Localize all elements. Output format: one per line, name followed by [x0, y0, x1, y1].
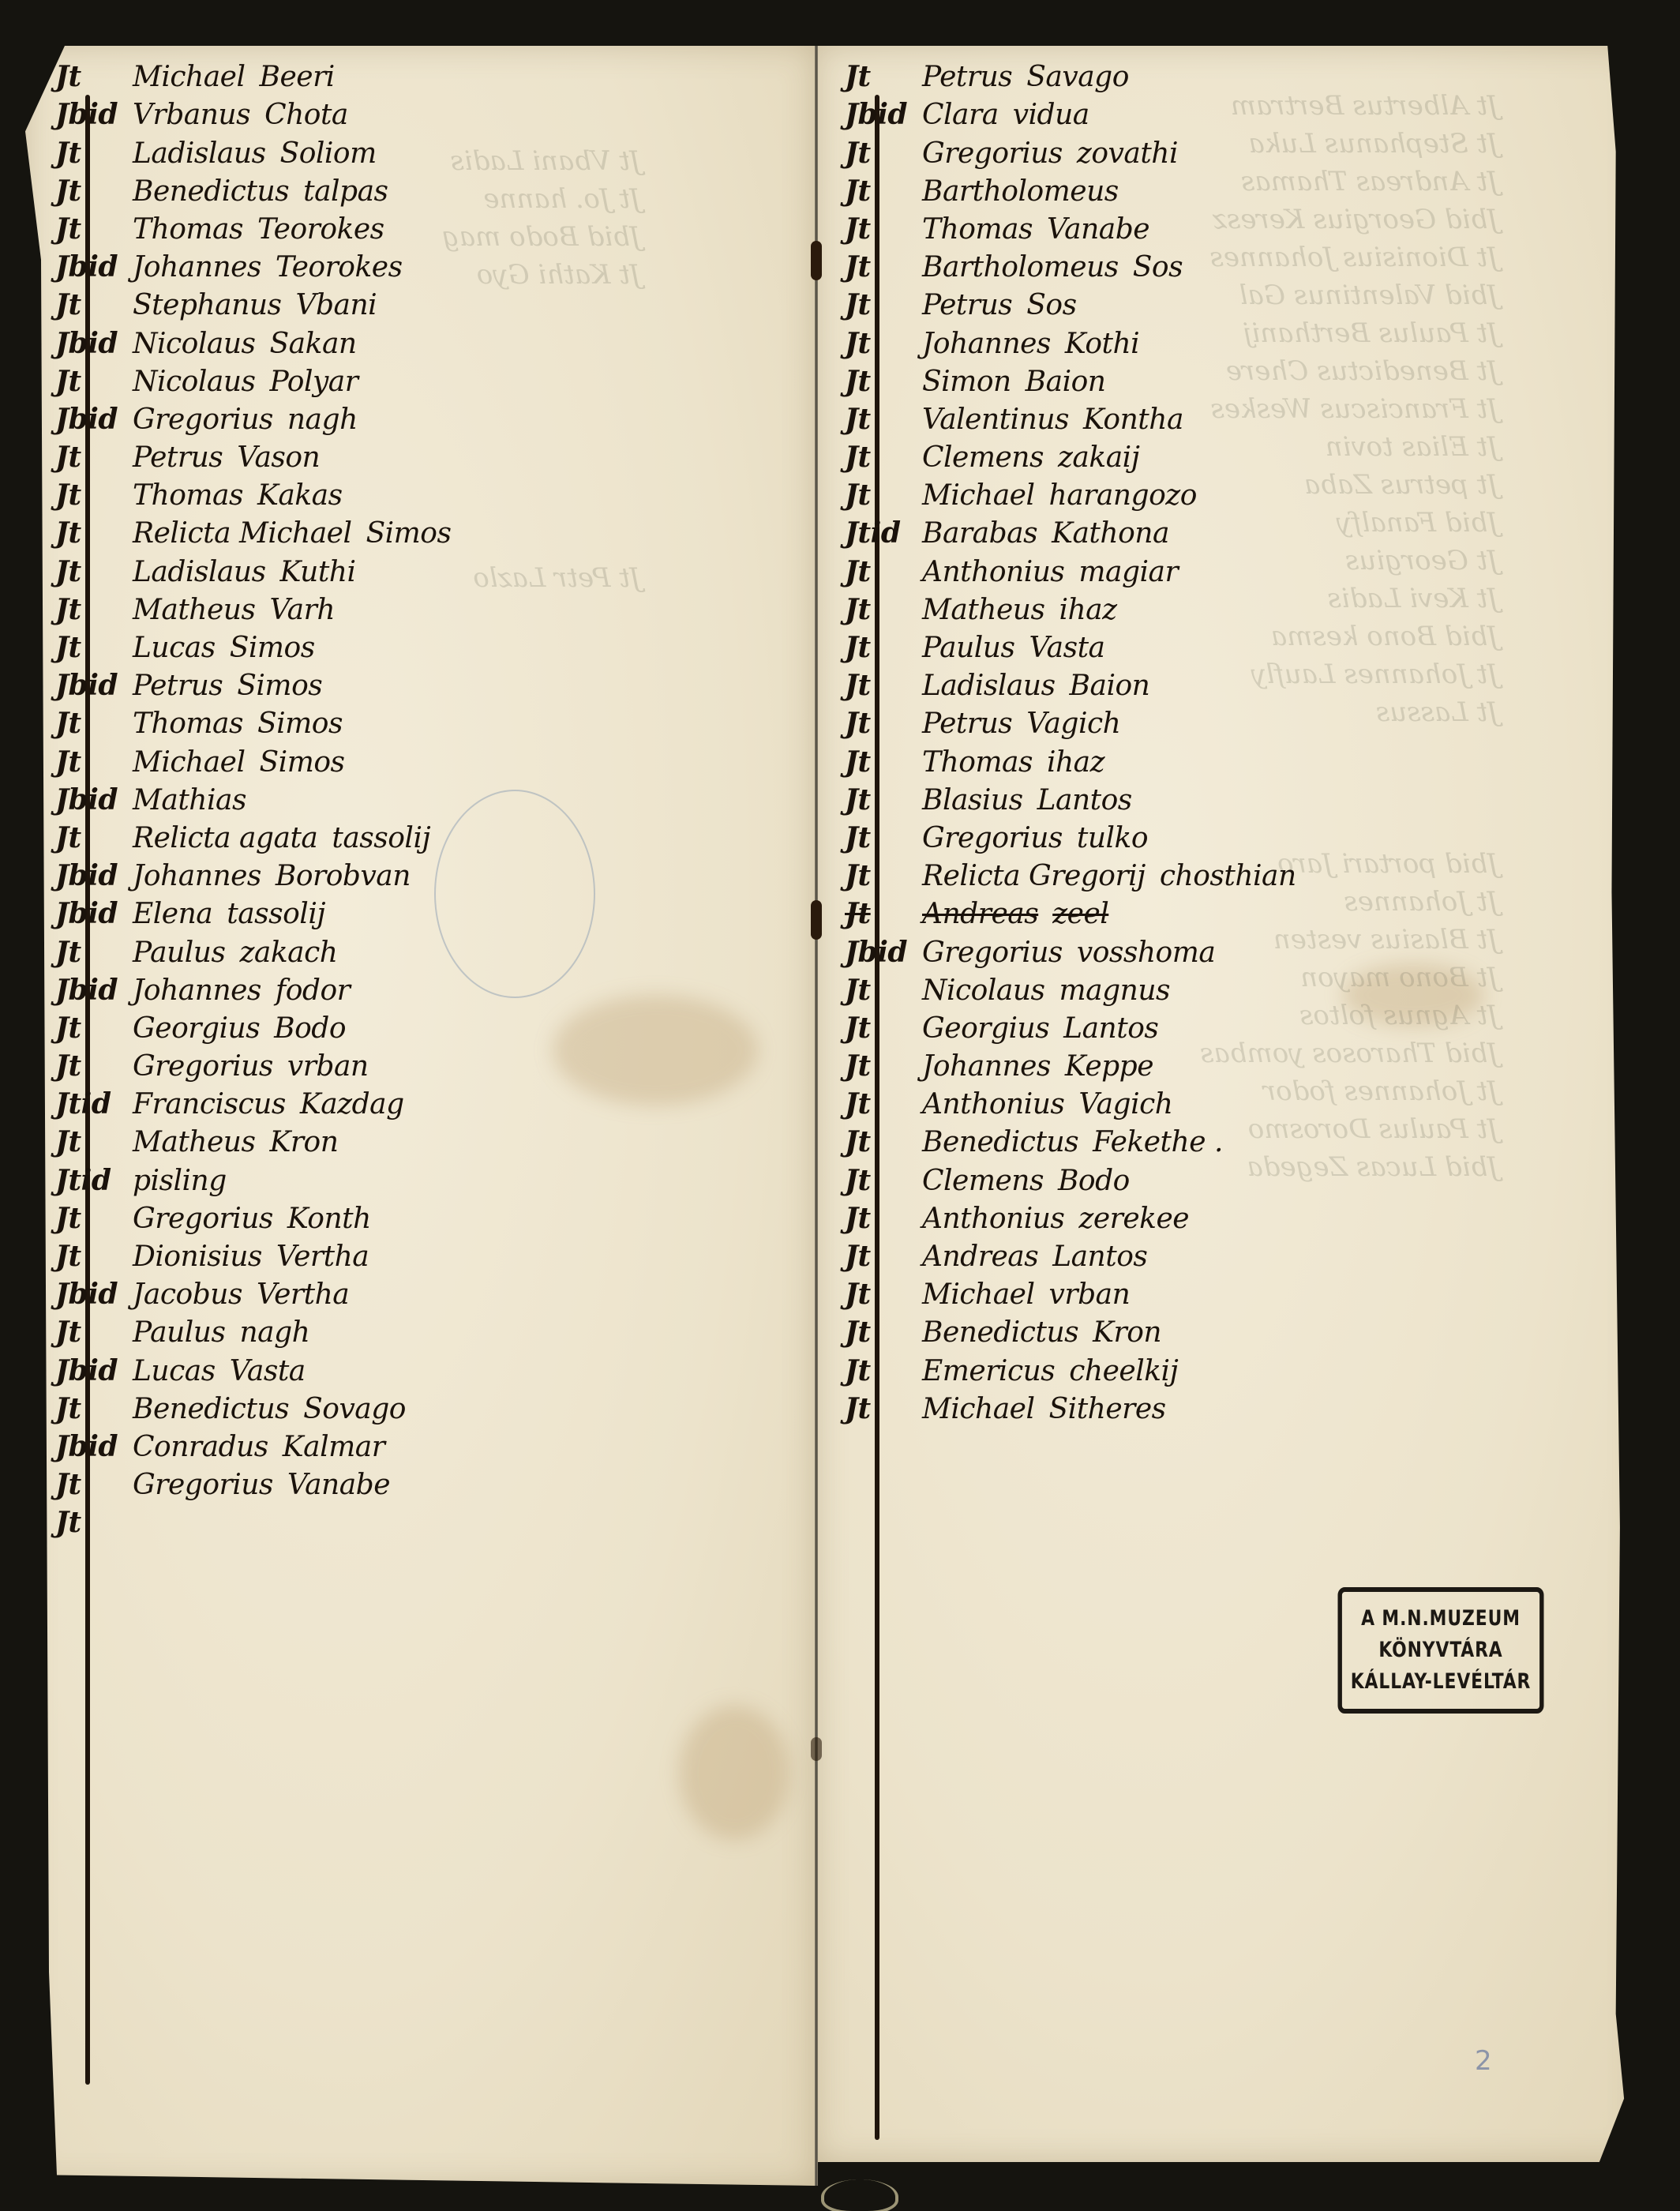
- register-entry: JtPaulusnagh: [55, 1311, 451, 1349]
- entry-given: Relicta agata: [133, 822, 317, 854]
- register-entry: JbidGregoriusnagh: [55, 398, 451, 436]
- entry-given: Anthonius: [922, 1203, 1064, 1235]
- entry-given: Nicolaus: [922, 974, 1045, 1007]
- entry-surname: Kazdag: [300, 1088, 404, 1121]
- entry-surname: nagh: [239, 1316, 309, 1349]
- entry-prefix: Jt: [55, 365, 133, 398]
- entry-surname: Kron: [1093, 1316, 1161, 1349]
- entry-surname: Keppe: [1065, 1050, 1153, 1083]
- entry-given: Nicolaus: [133, 328, 256, 360]
- book-spine: [815, 46, 818, 2186]
- entry-prefix: Jt: [55, 1468, 133, 1501]
- entry-given: Lucas: [133, 632, 216, 664]
- entry-prefix: Jt: [845, 859, 922, 892]
- entry-surname: tulko: [1077, 822, 1148, 854]
- entry-given: Paulus: [133, 937, 225, 969]
- register-entry: JbidGregoriusvosshoma: [845, 930, 1296, 968]
- stamp-line-3: KÁLLAY-LEVÉLTÁR: [1351, 1666, 1532, 1698]
- entry-surname: Bodo: [1058, 1165, 1130, 1197]
- entry-given: Paulus: [922, 632, 1014, 664]
- entry-given: Relicta Michael: [133, 517, 351, 550]
- register-entry: JtAndreasLantos: [845, 1235, 1296, 1273]
- entry-given: Blasius: [922, 784, 1023, 816]
- entry-surname: chosthian: [1160, 860, 1296, 892]
- entry-surname: Sos: [1026, 289, 1076, 321]
- entry-prefix: Jt: [55, 516, 133, 550]
- entry-prefix: Jt: [845, 441, 922, 474]
- entry-given: Clemens: [922, 1165, 1044, 1197]
- entry-surname: vrban: [1049, 1278, 1131, 1311]
- entry-given: Benedictus: [133, 175, 289, 208]
- entry-prefix: Jbid: [55, 98, 133, 131]
- entry-surname: cheelkij: [1069, 1355, 1178, 1387]
- entry-given: Michael: [133, 746, 246, 779]
- entry-prefix: Jt: [845, 403, 922, 436]
- entry-given: Gregorius: [133, 404, 273, 436]
- entry-given: Petrus: [133, 670, 223, 702]
- entry-surname: Beeri: [260, 61, 335, 93]
- register-entry: JtAnthoniusmagiar: [845, 550, 1296, 587]
- register-entry: JtGregoriusvrban: [55, 1045, 451, 1083]
- entry-given: Gregorius: [133, 1469, 273, 1501]
- register-entry: JtPetrusSos: [845, 283, 1296, 321]
- entry-given: Michael: [922, 1393, 1035, 1425]
- entry-given: Vrbanus: [133, 99, 250, 131]
- entry-surname: ihaz: [1059, 594, 1116, 626]
- entry-surname: vrban: [287, 1050, 369, 1083]
- entry-surname: Sovago: [303, 1393, 406, 1425]
- entry-surname: Vason: [237, 441, 320, 474]
- entry-prefix: Jt: [55, 821, 133, 854]
- register-entry: JtPetrusVason: [55, 436, 451, 474]
- entry-prefix: Jbid: [55, 403, 133, 436]
- entry-given: Michael: [133, 61, 246, 93]
- entry-surname: Vanabe: [1047, 213, 1149, 246]
- entry-given: Bartholomeus: [922, 251, 1119, 283]
- entry-prefix: Jbid: [55, 783, 133, 816]
- entry-given: Simon: [922, 366, 1011, 398]
- spine-hole: [811, 900, 822, 940]
- entry-given: Johannes: [922, 1050, 1051, 1083]
- entry-surname: Kakas: [257, 479, 343, 512]
- register-entry: JtGregoriusVanabe: [55, 1463, 451, 1501]
- entry-given: Gregorius: [133, 1203, 273, 1235]
- entry-surname: magnus: [1059, 974, 1171, 1007]
- entry-given: Johannes: [133, 860, 261, 892]
- entry-given: Ladislaus: [133, 137, 266, 170]
- register-entry: JtLucasSimos: [55, 626, 451, 664]
- entry-given: Benedictus: [922, 1126, 1078, 1158]
- entry-given: Matheus: [922, 594, 1044, 626]
- entry-surname: zakach: [239, 937, 337, 969]
- register-entry: JtLadislausBaion: [845, 664, 1296, 702]
- water-stain: [679, 1706, 789, 1840]
- entry-given: Thomas: [133, 213, 243, 246]
- entry-given: Clemens: [922, 441, 1044, 474]
- entry-prefix: Jbid: [845, 98, 922, 131]
- register-entry: Jtidpisling: [55, 1158, 451, 1196]
- register-entry: JtGeorgiusLantos: [845, 1007, 1296, 1045]
- entry-prefix: Jt: [55, 1316, 133, 1349]
- entry-given: Jacobus: [133, 1278, 242, 1311]
- entry-surname: Baion: [1026, 366, 1106, 398]
- entry-surname: Vagich: [1078, 1088, 1172, 1121]
- register-entry: JtThomasihaz: [845, 740, 1296, 778]
- entry-prefix: Jt: [845, 669, 922, 702]
- entry-given: Petrus: [922, 708, 1012, 740]
- entry-surname: Vbani: [295, 289, 377, 321]
- register-entry: JtBartholomeus: [845, 170, 1296, 208]
- entry-given: Johannes: [133, 974, 261, 1007]
- stamp-line-1: A M.N.MUZEUM: [1361, 1603, 1521, 1635]
- entry-given: Relicta Gregorij: [922, 860, 1146, 892]
- entry-surname: nagh: [287, 404, 358, 436]
- register-entry: JtThomasVanabe: [845, 208, 1296, 246]
- entry-given: Thomas: [133, 479, 243, 512]
- entry-given: Michael: [922, 479, 1035, 512]
- register-entry: JtPauluszakach: [55, 930, 451, 968]
- entry-given: Ladislaus: [922, 670, 1056, 702]
- entry-given: Mathias: [133, 784, 246, 816]
- register-entry: JtEmericuscheelkij: [845, 1349, 1296, 1387]
- entry-surname: zerekee: [1078, 1203, 1189, 1235]
- entry-surname: Vagich: [1026, 708, 1120, 740]
- entry-prefix: Jt: [55, 745, 133, 779]
- register-entry: JtThomasSimos: [55, 702, 451, 740]
- register-entry: JtRelicta Gregorijchosthian: [845, 854, 1296, 892]
- entry-surname: Lantos: [1037, 784, 1132, 816]
- entry-prefix: Jt: [55, 707, 133, 740]
- entry-given: Michael: [922, 1278, 1035, 1311]
- entry-surname: Kron: [269, 1126, 338, 1158]
- entry-prefix: Jt: [845, 1278, 922, 1311]
- register-entry: JtBenedictusFekethe .: [845, 1121, 1296, 1158]
- entry-prefix: Jt: [845, 897, 922, 930]
- entry-given: Bartholomeus: [922, 175, 1119, 208]
- entry-prefix: Jt: [55, 1049, 133, 1083]
- entry-prefix: Jbid: [55, 1430, 133, 1463]
- register-entry: JtPetrusVagich: [845, 702, 1296, 740]
- entry-surname: Polyar: [270, 366, 358, 398]
- entry-given: Gregorius: [133, 1050, 273, 1083]
- entry-prefix: Jt: [845, 974, 922, 1007]
- register-entry: JtGeorgiusBodo: [55, 1007, 451, 1045]
- entry-prefix: Jt: [55, 1202, 133, 1235]
- register-entry: JbidJohannesfodor: [55, 969, 451, 1007]
- entry-prefix: Jt: [55, 936, 133, 969]
- register-entry: JtClemenszakaij: [845, 436, 1296, 474]
- entry-surname: Simos: [230, 632, 315, 664]
- entry-prefix: Jbid: [55, 859, 133, 892]
- spine-hole: [811, 1737, 822, 1761]
- entry-given: pisling: [133, 1165, 227, 1197]
- register-entry: JtBlasiusLantos: [845, 779, 1296, 816]
- entry-prefix: Jbid: [55, 897, 133, 930]
- entry-surname: talpas: [303, 175, 388, 208]
- register-entry: JtRelicta MichaelSimos: [55, 512, 451, 550]
- entry-prefix: Jt: [845, 1392, 922, 1425]
- entry-given: Valentinus: [922, 404, 1069, 436]
- library-ownership-stamp: A M.N.MUZEUM KÖNYVTÁRA KÁLLAY-LEVÉLTÁR: [1338, 1587, 1544, 1714]
- entry-prefix: Jt: [55, 1240, 133, 1273]
- entry-given: Thomas: [922, 213, 1033, 246]
- entry-given: Thomas: [922, 746, 1033, 779]
- register-entry: JbidConradusKalmar: [55, 1425, 451, 1463]
- entry-given: Gregorius: [922, 137, 1063, 170]
- entry-surname: tassolij: [332, 822, 430, 854]
- register-entry: JtidBarabasKathona: [845, 512, 1296, 550]
- faded-circular-stamp: [434, 790, 595, 998]
- binding-cord: [821, 2179, 898, 2211]
- entry-prefix: Jt: [845, 783, 922, 816]
- register-entry: JtGregoriuszovathi: [845, 131, 1296, 169]
- entry-prefix: Jt: [845, 60, 922, 93]
- entry-prefix: Jt: [55, 441, 133, 474]
- entry-prefix: Jt: [845, 1012, 922, 1045]
- entry-prefix: Jt: [845, 593, 922, 626]
- entry-prefix: Jt: [55, 1125, 133, 1158]
- entry-given: Gregorius: [922, 937, 1063, 969]
- register-entry: JtValentinusKontha: [845, 398, 1296, 436]
- register-entry: JtBenedictustalpas: [55, 170, 451, 208]
- entry-prefix: Jt: [845, 175, 922, 208]
- entry-prefix: Jbid: [55, 327, 133, 360]
- register-entry: JtJohannesKeppe: [845, 1045, 1296, 1083]
- register-entry: JtAnthoniusVagich: [845, 1083, 1296, 1121]
- register-entry: JtMichaelBeeri: [55, 55, 451, 93]
- register-entry: JtMatheusKron: [55, 1121, 451, 1158]
- register-entry: JtGregoriustulko: [845, 816, 1296, 854]
- register-entry: JtThomasTeorokes: [55, 208, 451, 246]
- entry-prefix: Jt: [845, 288, 922, 321]
- entry-surname: magiar: [1078, 556, 1178, 588]
- entry-prefix: Jt: [845, 1125, 922, 1158]
- entry-surname: Teorokes: [276, 251, 403, 283]
- entry-given: Johannes: [922, 328, 1051, 360]
- entry-prefix: Jtid: [55, 1164, 133, 1197]
- entry-prefix: Jt: [845, 1087, 922, 1121]
- entry-surname: Vertha: [276, 1241, 369, 1273]
- entry-surname: Kontha: [1083, 404, 1183, 436]
- register-entry: JtAnthoniuszerekee: [845, 1197, 1296, 1235]
- register-entry: JbidLucasVasta: [55, 1349, 451, 1387]
- entry-given: Nicolaus: [133, 366, 256, 398]
- register-entry: JtPaulusVasta: [845, 626, 1296, 664]
- entry-surname: zeel: [1052, 898, 1108, 930]
- entry-given: Benedictus: [922, 1316, 1078, 1349]
- register-entry: JbidElenatassolij: [55, 892, 451, 930]
- entry-prefix: Jt: [55, 479, 133, 512]
- entry-given: Matheus: [133, 1126, 255, 1158]
- water-stain: [553, 995, 758, 1105]
- entry-prefix: Jt: [55, 1506, 133, 1539]
- entry-surname: Vasta: [230, 1355, 306, 1387]
- entry-prefix: Jt: [845, 631, 922, 664]
- entry-given: Johannes: [133, 251, 261, 283]
- entry-given: Stephanus: [133, 289, 281, 321]
- entry-surname: Bodo: [274, 1012, 346, 1045]
- entry-surname: Kothi: [1065, 328, 1139, 360]
- entry-surname: Konth: [287, 1203, 371, 1235]
- entry-surname: vidua: [1013, 99, 1089, 131]
- register-entry: JtLadislausSoliom: [55, 131, 451, 169]
- entry-prefix: Jt: [845, 137, 922, 170]
- entry-prefix: Jt: [845, 821, 922, 854]
- entry-prefix: Jt: [845, 1316, 922, 1349]
- entry-given: Elena: [133, 898, 212, 930]
- entry-surname: Simos: [237, 670, 322, 702]
- entry-given: Georgius: [133, 1012, 260, 1045]
- entry-surname: Vertha: [257, 1278, 349, 1311]
- entry-prefix: Jt: [845, 1049, 922, 1083]
- entry-given: Lucas: [133, 1355, 216, 1387]
- entry-prefix: Jt: [55, 137, 133, 170]
- register-entry: JtSimonBaion: [845, 360, 1296, 398]
- entry-surname: fodor: [276, 974, 350, 1007]
- entry-prefix: Jt: [845, 479, 922, 512]
- entry-surname: Borobvan: [276, 860, 411, 892]
- entry-surname: Baion: [1070, 670, 1150, 702]
- entry-given: Gregorius: [922, 822, 1063, 854]
- entry-surname: Vanabe: [287, 1469, 390, 1501]
- entry-surname: Vasta: [1029, 632, 1104, 664]
- entry-prefix: Jtid: [55, 1087, 133, 1121]
- entry-prefix: Jt: [55, 288, 133, 321]
- register-entry: JbidPetrusSimos: [55, 664, 451, 702]
- entry-surname: harangozo: [1049, 479, 1197, 512]
- register-entry: JtNicolausPolyar: [55, 360, 451, 398]
- entry-prefix: Jt: [845, 1164, 922, 1197]
- entry-surname: ihaz: [1047, 746, 1104, 779]
- entry-given: Petrus: [133, 441, 223, 474]
- entry-given: Anthonius: [922, 556, 1064, 588]
- entry-given: Clara: [922, 99, 999, 131]
- entry-given: Barabas: [922, 517, 1037, 550]
- register-entry: JbidJacobusVertha: [55, 1273, 451, 1311]
- entry-given: Emericus: [922, 1355, 1055, 1387]
- register-entry: JtMichaelSimos: [55, 740, 451, 778]
- register-entry: JbidClaravidua: [845, 93, 1296, 131]
- entry-given: Petrus: [922, 61, 1012, 93]
- entry-surname: vosshoma: [1077, 937, 1215, 969]
- register-entry: JtBenedictusKron: [845, 1311, 1296, 1349]
- entry-prefix: Jbid: [55, 669, 133, 702]
- entry-prefix: Jt: [55, 593, 133, 626]
- register-entry: JtGregoriusKonth: [55, 1197, 451, 1235]
- entry-surname: Kalmar: [283, 1431, 385, 1463]
- register-entry: JtPetrusSavago: [845, 55, 1296, 93]
- stamp-line-2: KÖNYVTÁRA: [1378, 1635, 1502, 1666]
- entry-given: Georgius: [922, 1012, 1049, 1045]
- entry-prefix: Jt: [845, 327, 922, 360]
- register-entry: JtThomasKakas: [55, 474, 451, 512]
- entry-prefix: Jt: [55, 1392, 133, 1425]
- register-entry: JtRelicta agatatassolij: [55, 816, 451, 854]
- register-entry: JtLadislausKuthi: [55, 550, 451, 587]
- register-entry: JtAndreaszeel: [845, 892, 1296, 930]
- entry-prefix: Jt: [55, 60, 133, 93]
- entry-surname: Lantos: [1052, 1241, 1147, 1273]
- register-entry: JtMichaelharangozo: [845, 474, 1296, 512]
- entry-given: Conradus: [133, 1431, 268, 1463]
- register-entry: JtBenedictusSovago: [55, 1387, 451, 1425]
- entry-surname: Simos: [366, 517, 451, 550]
- entry-given: Franciscus: [133, 1088, 286, 1121]
- entry-given: Matheus: [133, 594, 255, 626]
- entry-given: Andreas: [922, 898, 1038, 930]
- register-entry: JtBartholomeusSos: [845, 246, 1296, 283]
- register-entry: JbidMathias: [55, 779, 451, 816]
- entry-surname: zakaij: [1058, 441, 1139, 474]
- entry-surname: Fekethe .: [1093, 1126, 1223, 1158]
- entry-prefix: Jt: [845, 1354, 922, 1387]
- entry-prefix: Jbid: [55, 1354, 133, 1387]
- entry-surname: zovathi: [1077, 137, 1178, 170]
- entry-prefix: Jbid: [845, 936, 922, 969]
- folio-number: 2: [1475, 2045, 1492, 2077]
- entry-given: Thomas: [133, 708, 243, 740]
- register-entry: Jt: [55, 1501, 451, 1539]
- entry-prefix: Jt: [55, 175, 133, 208]
- entry-given: Anthonius: [922, 1088, 1064, 1121]
- entry-given: Andreas: [922, 1241, 1038, 1273]
- entry-surname: Sos: [1133, 251, 1183, 283]
- entry-prefix: Jt: [845, 555, 922, 588]
- entry-given: Ladislaus: [133, 556, 266, 588]
- register-entry: JtMatheusihaz: [845, 588, 1296, 626]
- entry-surname: Kuthi: [280, 556, 356, 588]
- register-entry: JbidVrbanusChota: [55, 93, 451, 131]
- entry-surname: Lantos: [1063, 1012, 1158, 1045]
- entry-surname: Simos: [257, 708, 343, 740]
- register-entry: JtClemensBodo: [845, 1158, 1296, 1196]
- register-entry: JtMichaelSitheres: [845, 1387, 1296, 1425]
- entry-prefix: Jt: [845, 212, 922, 246]
- entry-surname: Savago: [1026, 61, 1129, 93]
- entry-prefix: Jbid: [55, 974, 133, 1007]
- register-entry: JbidJohannesTeorokes: [55, 246, 451, 283]
- entry-prefix: Jt: [845, 1240, 922, 1273]
- entry-surname: Chota: [264, 99, 348, 131]
- entry-surname: Varh: [269, 594, 335, 626]
- entry-surname: Kathona: [1052, 517, 1169, 550]
- entry-surname: tassolij: [227, 898, 325, 930]
- register-entry: JtMichaelvrban: [845, 1273, 1296, 1311]
- right-page-entry-list: JtPetrusSavagoJbidClaraviduaJtGregoriusz…: [845, 55, 1296, 1425]
- register-entry: JtMatheusVarh: [55, 588, 451, 626]
- entry-prefix: Jtid: [845, 516, 922, 550]
- entry-prefix: Jt: [845, 365, 922, 398]
- entry-surname: Soliom: [280, 137, 377, 170]
- register-entry: JbidNicolausSakan: [55, 321, 451, 359]
- entry-prefix: Jt: [55, 212, 133, 246]
- entry-surname: Teorokes: [257, 213, 384, 246]
- entry-prefix: Jt: [55, 1012, 133, 1045]
- entry-prefix: Jbid: [55, 1278, 133, 1311]
- register-entry: JtNicolausmagnus: [845, 969, 1296, 1007]
- entry-prefix: Jt: [845, 250, 922, 283]
- entry-prefix: Jt: [845, 707, 922, 740]
- register-entry: JtDionisiusVertha: [55, 1235, 451, 1273]
- register-entry: JbidJohannesBorobvan: [55, 854, 451, 892]
- entry-given: Paulus: [133, 1316, 225, 1349]
- entry-prefix: Jt: [55, 555, 133, 588]
- entry-given: Petrus: [922, 289, 1012, 321]
- entry-surname: Sitheres: [1049, 1393, 1166, 1425]
- entry-prefix: Jt: [55, 631, 133, 664]
- left-page-entry-list: JtMichaelBeeriJbidVrbanusChotaJtLadislau…: [55, 55, 451, 1539]
- entry-given: Benedictus: [133, 1393, 289, 1425]
